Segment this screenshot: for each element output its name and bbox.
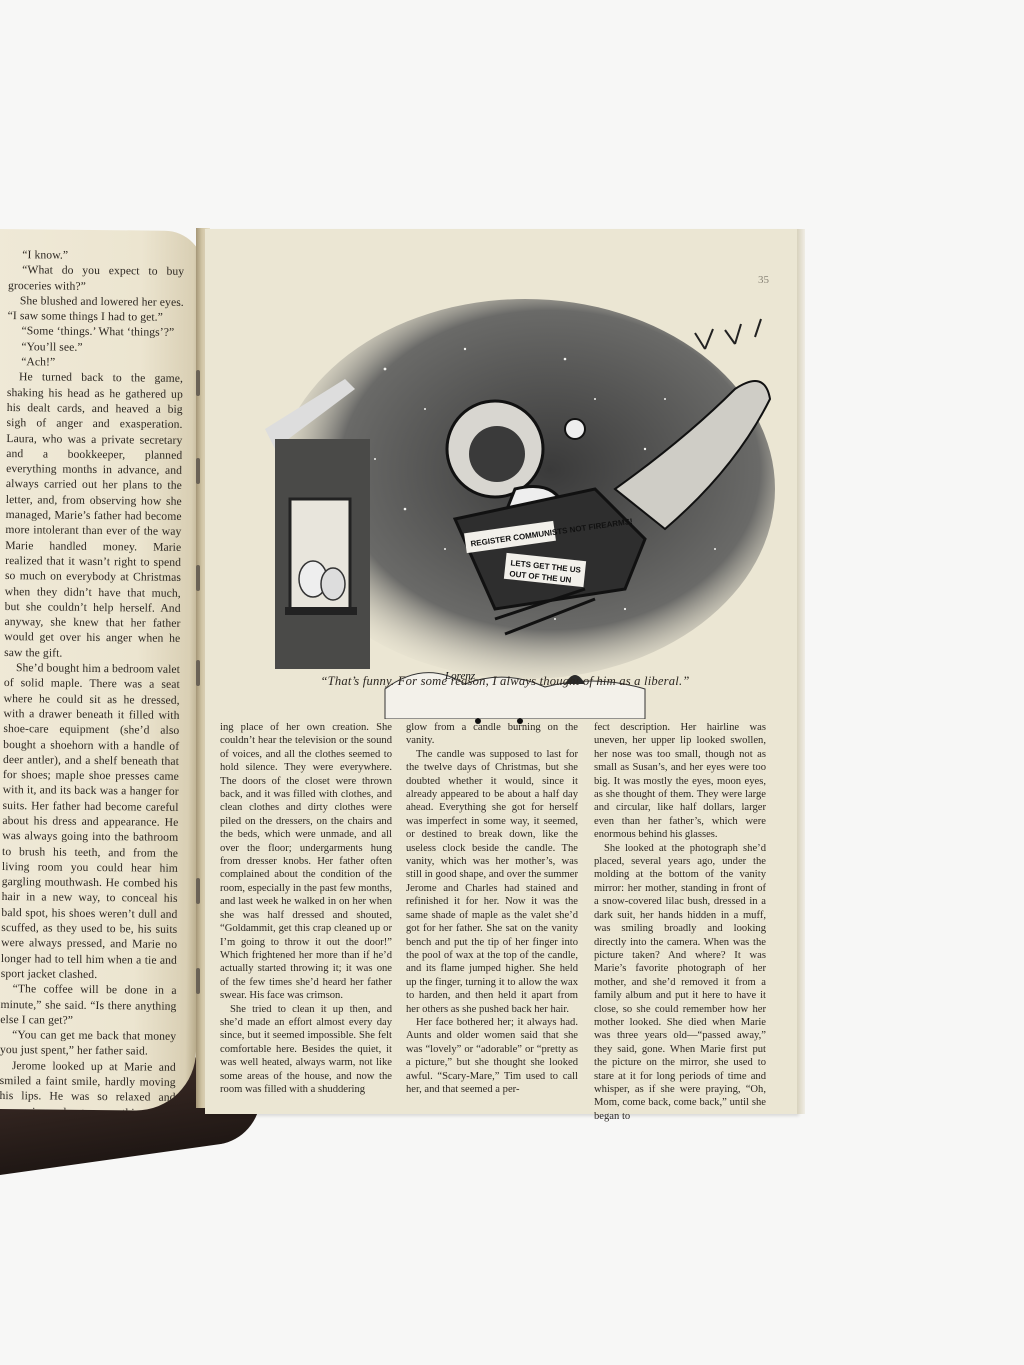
paragraph: “I know.” <box>8 247 184 264</box>
staple <box>196 370 200 396</box>
article-column-3: fect description. Her hairline was uneve… <box>594 721 766 1123</box>
article-column-1: ing place of her own creation. She could… <box>220 721 392 1096</box>
paragraph: glow from a candle burning on the vanity… <box>406 721 578 748</box>
left-page: “I know.” “What do you expect to buy gro… <box>0 229 205 1111</box>
staple <box>196 660 200 686</box>
paragraph: “Some ‘things.’ What ‘things’?” <box>7 324 183 341</box>
staple <box>196 878 200 904</box>
paragraph: “Ach!” <box>7 354 183 371</box>
paragraph: Her face bothered her; it always had. Au… <box>406 1016 578 1096</box>
staple <box>196 565 200 591</box>
paragraph: “You can get me back that money you just… <box>0 1027 176 1059</box>
paragraph: She’d bought him a bedroom valet of soli… <box>1 660 180 983</box>
paragraph: Jerome looked up at Marie and smiled a f… <box>0 1058 176 1111</box>
paragraph: “What do you expect to buy groceries wit… <box>8 262 184 294</box>
staple <box>196 458 200 484</box>
paragraph: fect description. Her hairline was uneve… <box>594 721 766 842</box>
left-page-text-column: “I know.” “What do you expect to buy gro… <box>0 247 184 1111</box>
paragraph: ing place of her own creation. She could… <box>220 721 392 1003</box>
cartoon-caption: “That’s funny. For some reason, I always… <box>235 674 775 689</box>
paragraph: She looked at the photograph she’d place… <box>594 842 766 1124</box>
article-column-2: glow from a candle burning on the vanity… <box>406 721 578 1096</box>
paragraph: The candle was supposed to last for the … <box>406 748 578 1016</box>
page-number: 35 <box>758 274 769 286</box>
cartoon-illustration: REGISTER COMMUNISTS NOT FIREARMS! LETS G… <box>265 289 775 719</box>
paragraph: “You’ll see.” <box>7 339 183 356</box>
paragraph: She tried to clean it up then, and she’d… <box>220 1003 392 1097</box>
page-edge <box>797 229 805 1114</box>
paragraph: She blushed and lowered her eyes. “I saw… <box>8 293 184 325</box>
right-page: 35 <box>205 229 797 1114</box>
paragraph: He turned back to the game, shaking his … <box>4 369 183 661</box>
paragraph: “The coffee will be done in a minute,” s… <box>0 981 176 1029</box>
staple <box>196 968 200 994</box>
